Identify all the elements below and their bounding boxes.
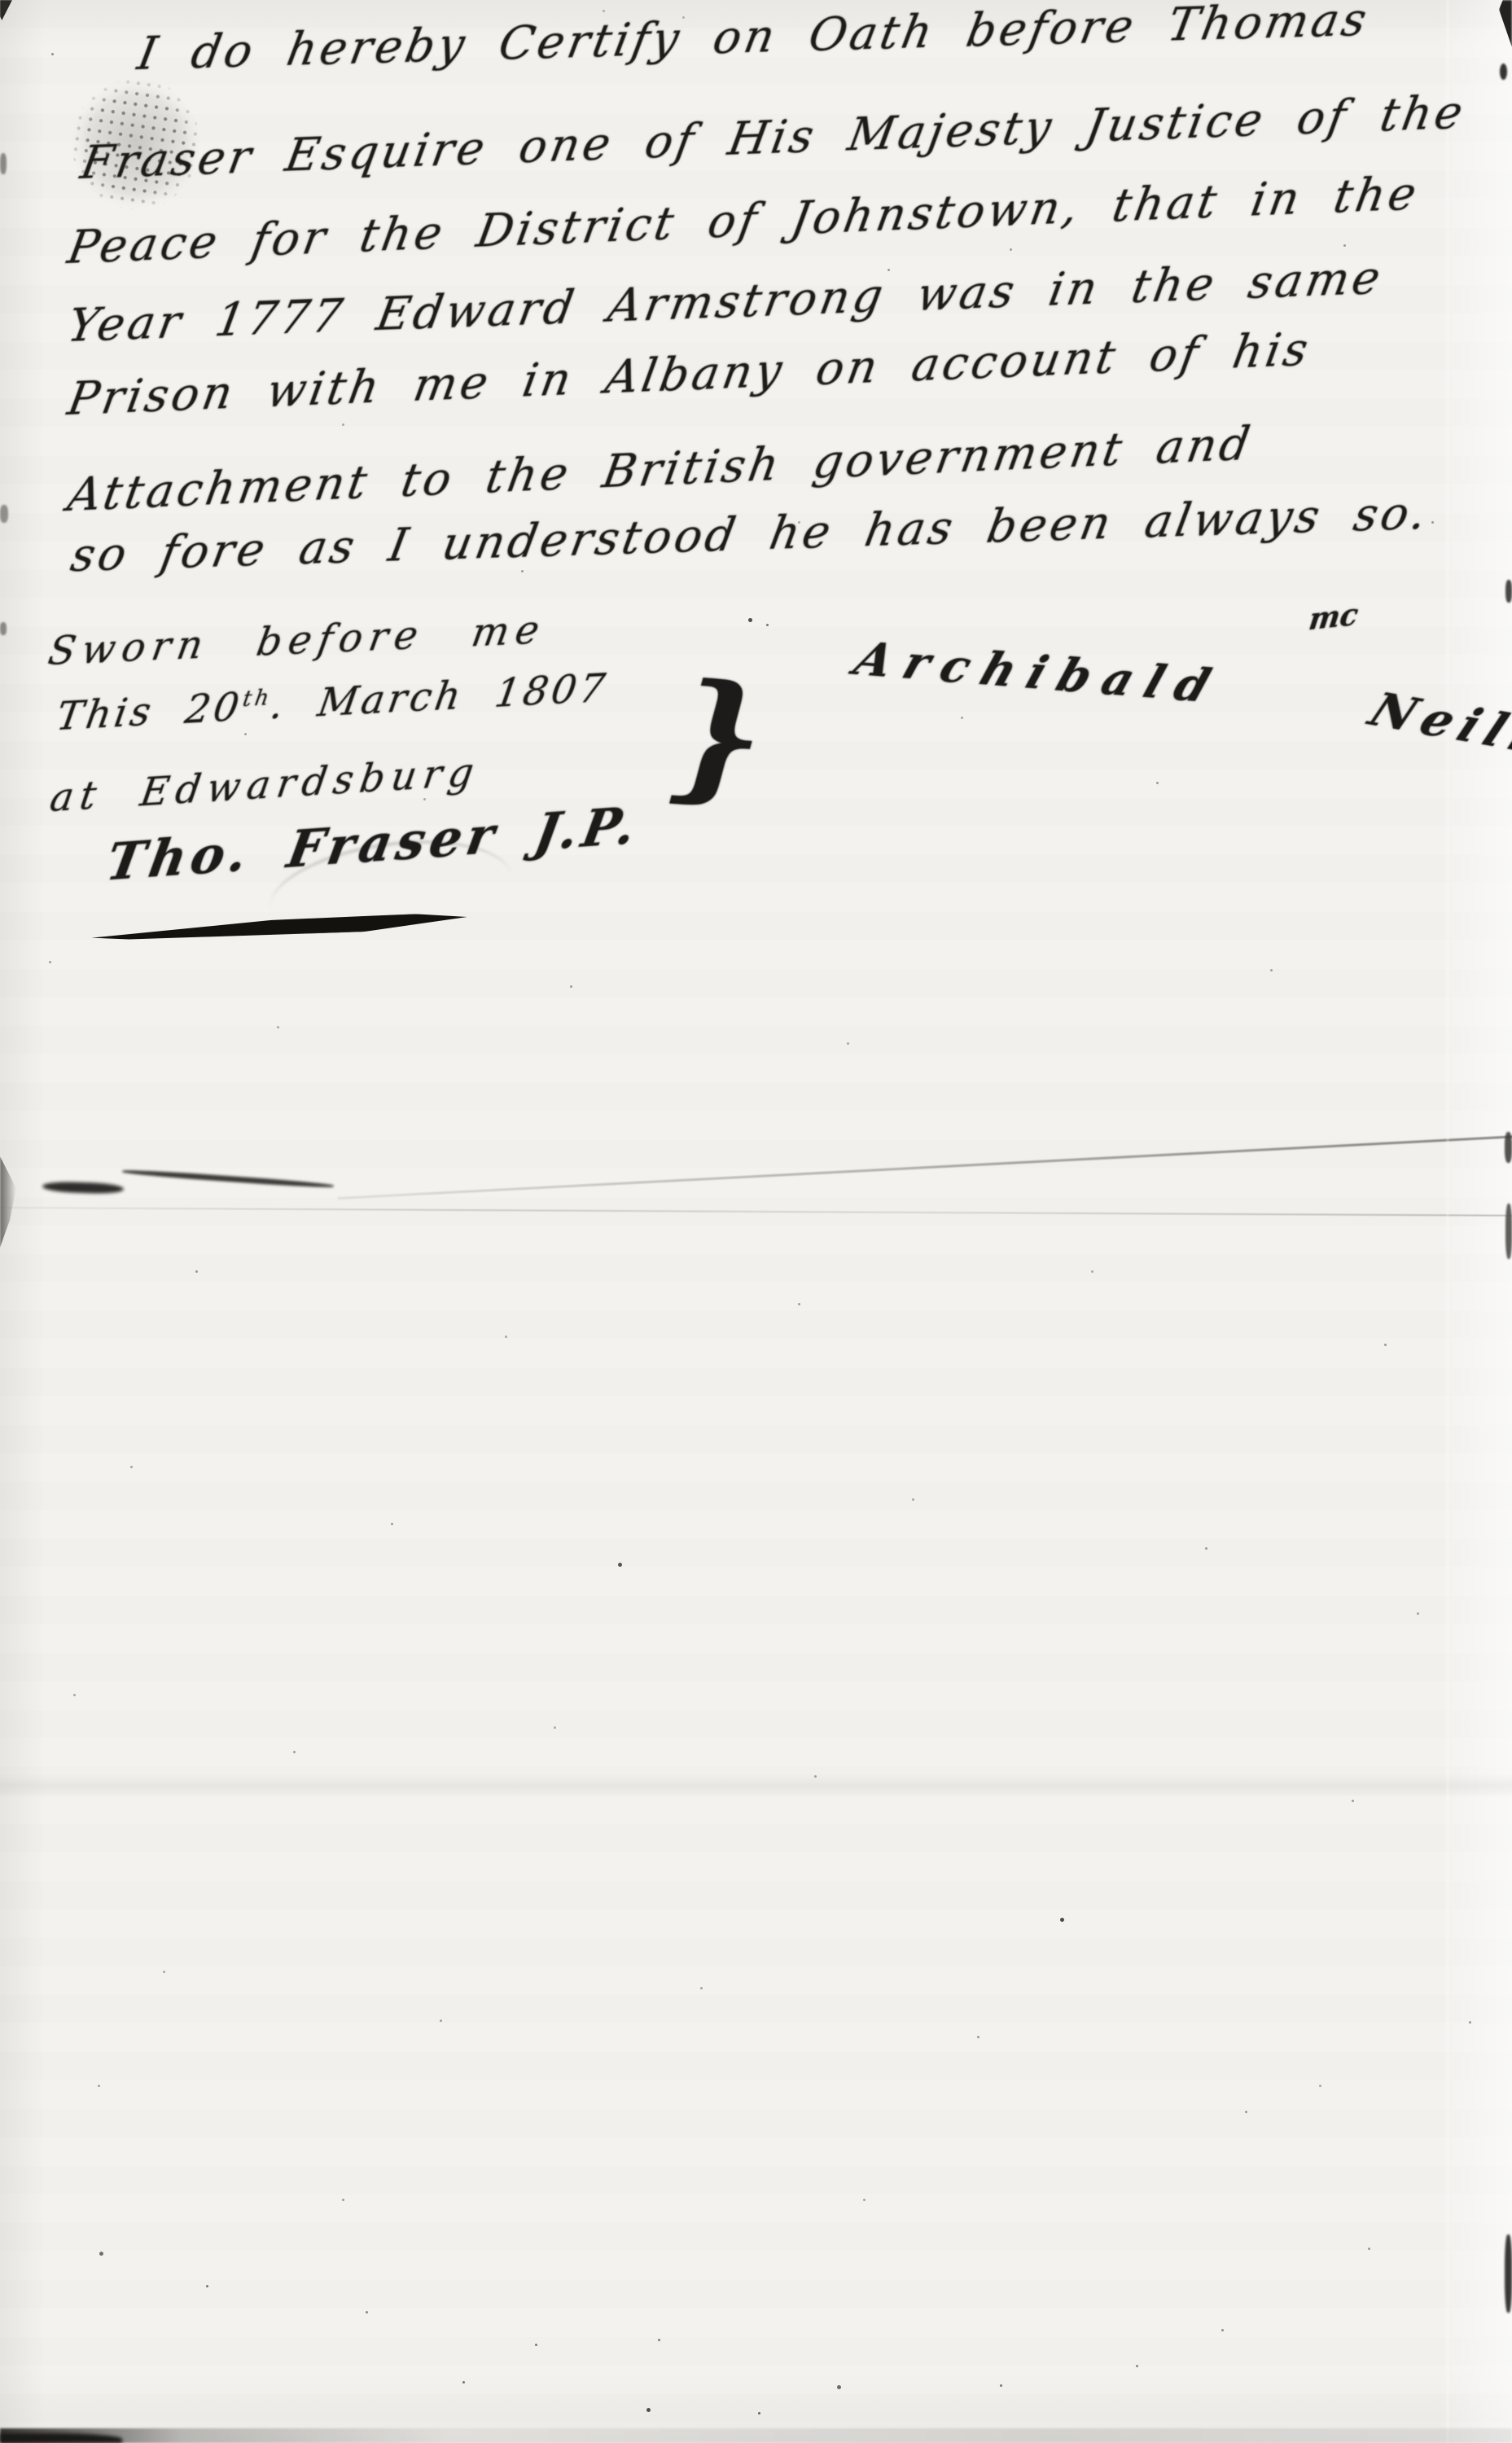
manuscript-page: I do hereby Certify on Oath before Thoma… bbox=[0, 0, 1512, 2443]
page-edge-top-right bbox=[1499, 0, 1512, 47]
affidavit-line: I do hereby Certify on Oath before Thoma… bbox=[134, 0, 1374, 81]
page-edge-right-mark bbox=[1505, 2235, 1512, 2313]
witness-last-name: Neill bbox=[1361, 682, 1512, 764]
page-edge-left-mark bbox=[0, 505, 8, 523]
witness-superscript: mc bbox=[1307, 597, 1361, 637]
page-edge-bottom-left bbox=[0, 2433, 122, 2443]
page-edge-top-left bbox=[0, 0, 12, 20]
fold-crease-lower bbox=[0, 1774, 1512, 1798]
scan-margin-line bbox=[1446, 0, 1449, 2443]
page-edge-right-mark bbox=[1505, 1204, 1512, 1259]
page-edge-bottom bbox=[0, 2428, 1512, 2443]
date-line: This 20th. March 1807 bbox=[54, 664, 611, 739]
date-prefix: This 20 bbox=[54, 684, 246, 739]
fold-crease-left-notch bbox=[0, 1156, 16, 1248]
fold-crease bbox=[338, 1135, 1512, 1200]
date-superscript: th bbox=[241, 685, 274, 712]
page-edge-left-mark bbox=[0, 153, 7, 174]
page-edge-left-mark bbox=[0, 622, 7, 635]
page-edge-right-mark bbox=[1505, 580, 1512, 603]
date-suffix: . March 1807 bbox=[267, 664, 611, 728]
page-edge-top-right-dot bbox=[1500, 64, 1507, 80]
sworn-line: Sworn before me bbox=[45, 607, 549, 674]
fold-crease bbox=[0, 1207, 1512, 1217]
fold-crease bbox=[42, 1181, 124, 1194]
fold-crease bbox=[122, 1169, 334, 1189]
notary-brace: } bbox=[668, 651, 769, 820]
witness-first-name: Archibald bbox=[848, 633, 1229, 714]
